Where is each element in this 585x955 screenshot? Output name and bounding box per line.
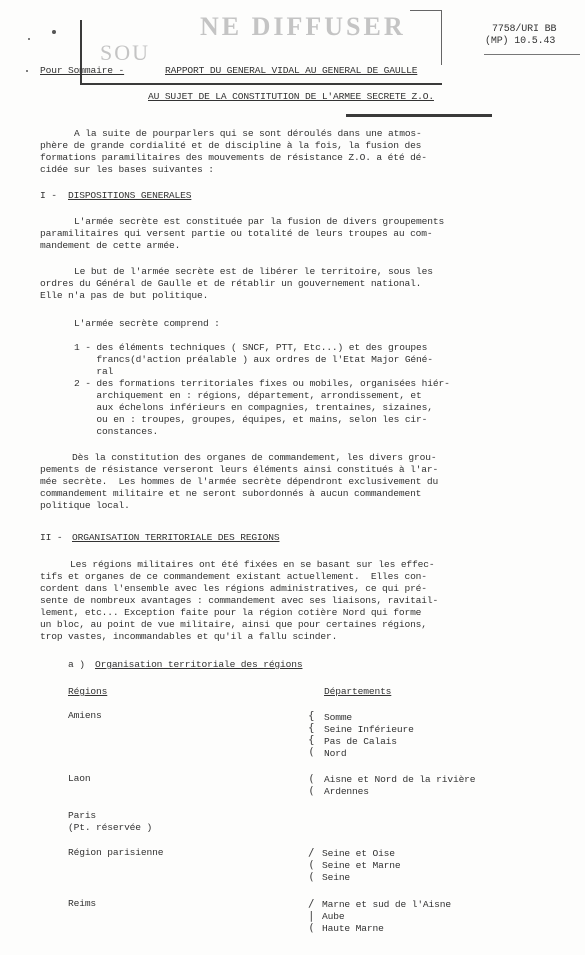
subsection-label: a ) <box>68 659 85 671</box>
section-1-number: I - <box>40 190 57 202</box>
speck <box>52 30 56 34</box>
title-line-1: RAPPORT DU GENERAL VIDAL AU GENERAL DE G… <box>165 65 417 77</box>
stamp-border-right <box>441 10 442 65</box>
reference-line-2: (MP) 10.5.43 <box>485 36 555 48</box>
brace-icon: ( <box>308 746 315 758</box>
section-2-number: II - <box>40 532 62 544</box>
section-2-heading: ORGANISATION TERRITORIALE DES REGIONS <box>72 532 279 544</box>
reference-rule <box>484 54 580 55</box>
speck <box>28 38 30 40</box>
stamp-text: NE DIFFUSER <box>200 12 406 42</box>
stamp-partial: SOU <box>100 40 150 66</box>
title-line-2: AU SUJET DE LA CONSTITUTION DE L'ARMEE S… <box>148 91 434 103</box>
document-page: NE DIFFUSER SOU 7758/URI BB (MP) 10.5.43… <box>0 0 585 955</box>
reference-line-1: 7758/URI BB <box>492 24 556 36</box>
subsection-heading: Organisation territoriale des régions <box>95 659 302 671</box>
title-rule <box>82 83 442 85</box>
section-1-para-3: L'armée secrète comprend : <box>74 318 220 330</box>
column-header-departements: Départements <box>324 686 391 698</box>
stamp-border-top <box>410 10 442 11</box>
header-prefix: Pour Sommaire - <box>40 65 124 77</box>
speck <box>26 70 28 72</box>
column-header-regions: Régions <box>68 686 107 698</box>
section-1-heading: DISPOSITIONS GENERALES <box>68 190 191 202</box>
title-rule-2 <box>346 114 492 117</box>
brace-icon: ( <box>308 871 315 883</box>
brace-icon: ( <box>308 922 315 934</box>
brace-icon: ( <box>308 785 315 797</box>
